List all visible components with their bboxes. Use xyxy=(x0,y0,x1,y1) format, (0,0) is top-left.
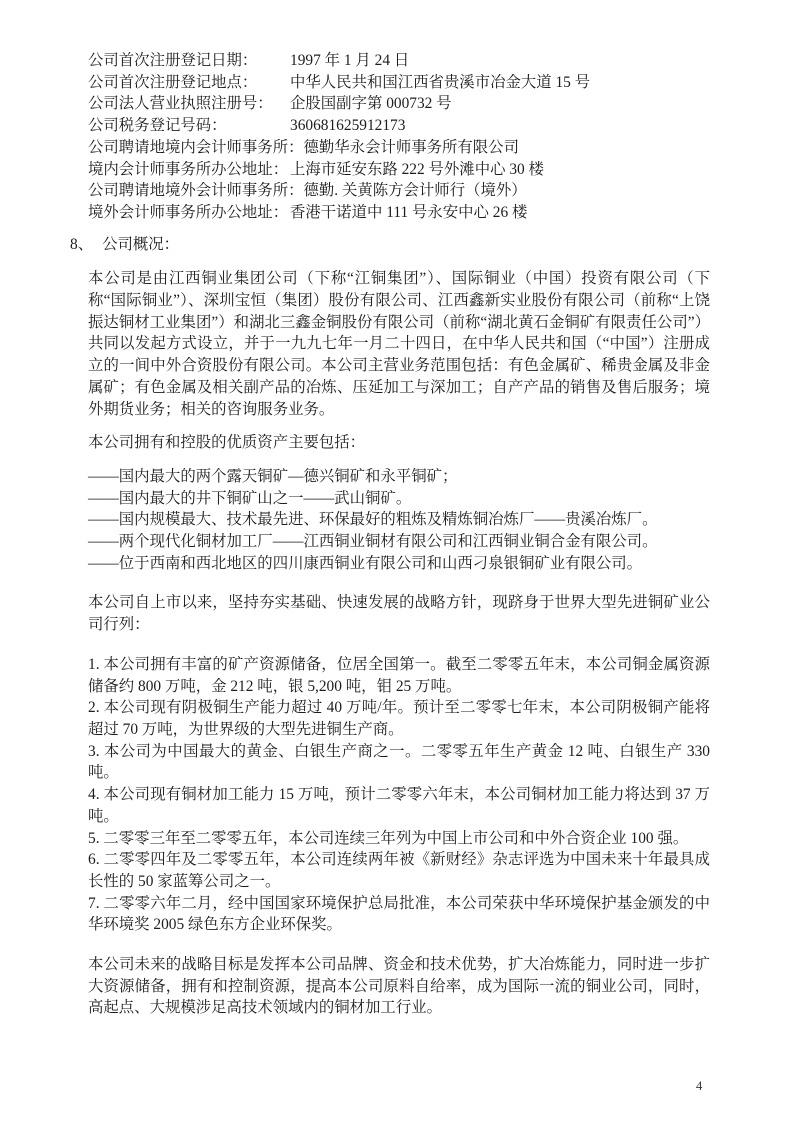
achievement-item: 6. 二零零四年及二零零五年，本公司连续两年被《新财经》杂志评选为中国未来十年最… xyxy=(88,849,710,892)
page-content: 公司首次注册登记日期： 1997 年 1 月 24 日 公司首次注册登记地点： … xyxy=(88,50,710,1035)
info-value: 香港干诺道中 111 号永安中心 26 楼 xyxy=(290,202,710,224)
info-value: 德勤. 关黄陈方会计师行（境外） xyxy=(303,180,710,202)
info-label: 公司税务登记号码： xyxy=(88,115,290,137)
achievement-item: 1. 本公司拥有丰富的矿产资源储备，位居全国第一。截至二零零五年末，本公司铜金属… xyxy=(88,654,710,697)
future-strategy-paragraph: 本公司未来的战略目标是发挥本公司品牌、资金和技术优势，扩大冶炼能力，同时进一步扩… xyxy=(88,954,710,1019)
info-row: 境内会计师事务所办公地址： 上海市延安东路 222 号外滩中心 30 楼 xyxy=(88,159,710,181)
info-label: 境内会计师事务所办公地址： xyxy=(88,159,290,181)
info-label: 公司聘请地境外会计师事务所： xyxy=(88,180,303,202)
achievement-item: 3. 本公司为中国最大的黄金、白银生产商之一。二零零五年生产黄金 12 吨、白银… xyxy=(88,741,710,784)
document-page: 公司首次注册登记日期： 1997 年 1 月 24 日 公司首次注册登记地点： … xyxy=(0,0,793,1122)
asset-bullet: ——位于西南和西北地区的四川康西铜业有限公司和山西刁泉银铜矿业有限公司。 xyxy=(88,553,710,575)
info-label: 公司首次注册登记日期： xyxy=(88,50,290,72)
info-value: 德勤华永会计师事务所有限公司 xyxy=(303,137,710,159)
asset-bullet: ——国内规模最大、技术最先进、环保最好的粗炼及精炼铜冶炼厂——贵溪冶炼厂。 xyxy=(88,509,710,531)
info-label: 公司首次注册登记地点： xyxy=(88,72,290,94)
info-label: 境外会计师事务所办公地址： xyxy=(88,202,290,224)
info-row: 公司首次注册登记日期： 1997 年 1 月 24 日 xyxy=(88,50,710,72)
info-value: 企股国副字第 000732 号 xyxy=(290,93,710,115)
asset-bullet: ——两个现代化铜材加工厂——江西铜业铜材有限公司和江西铜业铜合金有限公司。 xyxy=(88,531,710,553)
assets-intro-line: 本公司拥有和控股的优质资产主要包括： xyxy=(88,432,710,454)
asset-bullet: ——国内最大的井下铜矿山之一——武山铜矿。 xyxy=(88,488,710,510)
achievement-item: 4. 本公司现有铜材加工能力 15 万吨，预计二零零六年末，本公司铜材加工能力将… xyxy=(88,784,710,827)
info-row: 境外会计师事务所办公地址： 香港干诺道中 111 号永安中心 26 楼 xyxy=(88,202,710,224)
company-intro-paragraph: 本公司是由江西铜业集团公司（下称“江铜集团”）、国际铜业（中国）投资有限公司（下… xyxy=(88,268,710,420)
section-heading: 8、 公司概况： xyxy=(70,234,710,256)
info-value: 上海市延安东路 222 号外滩中心 30 楼 xyxy=(290,159,710,181)
info-row: 公司首次注册登记地点： 中华人民共和国江西省贵溪市冶金大道 15 号 xyxy=(88,72,710,94)
registration-info-block: 公司首次注册登记日期： 1997 年 1 月 24 日 公司首次注册登记地点： … xyxy=(88,50,710,224)
info-row: 公司税务登记号码： 360681625912173 xyxy=(88,115,710,137)
achievement-item: 7. 二零零六年二月，经中国国家环境保护总局批准，本公司荣获中华环境保护基金颁发… xyxy=(88,893,710,936)
section-number: 8、 xyxy=(70,234,93,256)
strategy-intro-paragraph: 本公司自上市以来，坚持夯实基础、快速发展的战略方针，现跻身于世界大型先进铜矿业公… xyxy=(88,592,710,635)
achievement-item: 5. 二零零三年至二零零五年，本公司连续三年列为中国上市公司和中外合资企业 10… xyxy=(88,828,710,850)
info-row: 公司聘请地境外会计师事务所： 德勤. 关黄陈方会计师行（境外） xyxy=(88,180,710,202)
achievement-item: 2. 本公司现有阴极铜生产能力超过 40 万吨/年。预计至二零零七年末，本公司阴… xyxy=(88,697,710,740)
achievements-list: 1. 本公司拥有丰富的矿产资源储备，位居全国第一。截至二零零五年末，本公司铜金属… xyxy=(88,654,710,936)
info-label: 公司聘请地境内会计师事务所： xyxy=(88,137,303,159)
assets-bullet-list: ——国内最大的两个露天铜矿—德兴铜矿和永平铜矿； ——国内最大的井下铜矿山之一—… xyxy=(88,466,710,575)
page-number: 4 xyxy=(696,1078,702,1094)
info-row: 公司聘请地境内会计师事务所： 德勤华永会计师事务所有限公司 xyxy=(88,137,710,159)
info-value: 360681625912173 xyxy=(290,115,710,137)
info-value: 中华人民共和国江西省贵溪市冶金大道 15 号 xyxy=(290,72,710,94)
asset-bullet: ——国内最大的两个露天铜矿—德兴铜矿和永平铜矿； xyxy=(88,466,710,488)
info-row: 公司法人营业执照注册号： 企股国副字第 000732 号 xyxy=(88,93,710,115)
section-title: 公司概况： xyxy=(102,234,179,256)
info-label: 公司法人营业执照注册号： xyxy=(88,93,290,115)
info-value: 1997 年 1 月 24 日 xyxy=(290,50,710,72)
